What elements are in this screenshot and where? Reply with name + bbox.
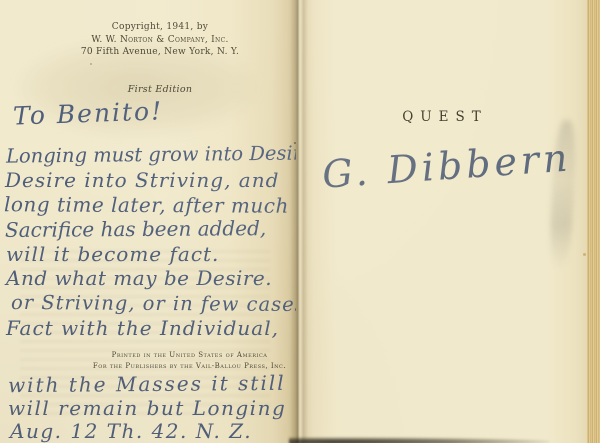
inscription-date-line: Aug. 12 Th. 42. N. Z. bbox=[10, 419, 252, 443]
inscription-line: Fact with the Individual, bbox=[6, 316, 279, 340]
page-bottom-shadow bbox=[289, 437, 549, 443]
inscription-line: or Striving, or in few cases bbox=[11, 291, 306, 316]
printer-notice: Printed in the United States of America … bbox=[72, 350, 307, 372]
right-page: QUEST G. Dibbern . bbox=[296, 0, 587, 443]
edition-notice: First Edition bbox=[35, 84, 285, 95]
paper-speck bbox=[583, 253, 586, 256]
inscription-line: Sacrifice has been added, bbox=[5, 216, 266, 242]
inscription-line: long time later, after much bbox=[4, 192, 289, 217]
paper-speck bbox=[294, 142, 296, 144]
publisher-address-line: 70 Fifth Avenue, New York, N. Y. bbox=[35, 46, 285, 59]
paper-speck bbox=[90, 63, 92, 65]
inscription-line: will it become fact. bbox=[6, 242, 219, 266]
inscription-line: with the Masses it still bbox=[8, 371, 286, 397]
half-title: QUEST bbox=[296, 109, 587, 125]
publisher-line: W. W. Norton & Company, Inc. bbox=[35, 34, 285, 47]
inscription-line: Desire into Striving, and bbox=[5, 168, 279, 192]
copyright-line: Copyright, 1941, by bbox=[35, 21, 285, 34]
page-fore-edge bbox=[587, 0, 600, 443]
inscription-line: will remain but Longing bbox=[8, 396, 286, 420]
copyright-block: Copyright, 1941, by W. W. Norton & Compa… bbox=[35, 21, 285, 59]
left-page: Copyright, 1941, by W. W. Norton & Compa… bbox=[0, 0, 296, 443]
book-gutter bbox=[290, 0, 308, 443]
printer-notice-line: Printed in the United States of America bbox=[72, 350, 307, 361]
inscription-line: And what may be Desire. bbox=[6, 266, 272, 290]
inscription-line: Longing must grow into Desire, bbox=[6, 141, 320, 167]
inscription-salutation: To Benito! bbox=[13, 96, 164, 130]
open-book-photo: Copyright, 1941, by W. W. Norton & Compa… bbox=[0, 0, 600, 443]
